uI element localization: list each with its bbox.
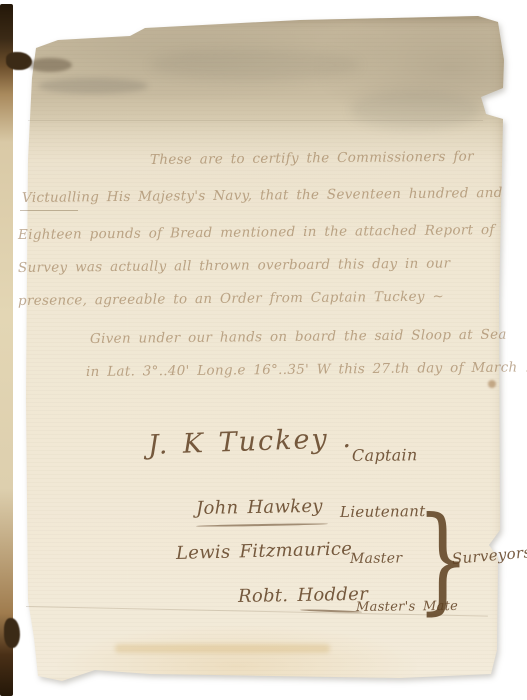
signature-role-captain: Captain (352, 445, 418, 465)
victualling-underline (20, 210, 78, 211)
faded-ink-stain (115, 644, 330, 653)
book-binding (0, 4, 13, 696)
signature-role-master: Master (350, 550, 402, 567)
body-line-1: These are to certify the Commissioners f… (150, 149, 474, 168)
dark-smudge (28, 58, 72, 72)
signature-hawkey: John Hawkey (196, 496, 323, 519)
smudge-stain (150, 50, 360, 80)
smudge-stain (350, 90, 480, 130)
smudge-stain (38, 78, 148, 94)
photo-of-manuscript: These are to certify the Commissioners f… (0, 0, 527, 700)
crease-line (28, 120, 483, 121)
fox-spot (488, 380, 496, 388)
signature-hodder: Robt. Hodder (238, 584, 368, 607)
signature-role-lieutenant: Lieutenant (340, 502, 426, 521)
